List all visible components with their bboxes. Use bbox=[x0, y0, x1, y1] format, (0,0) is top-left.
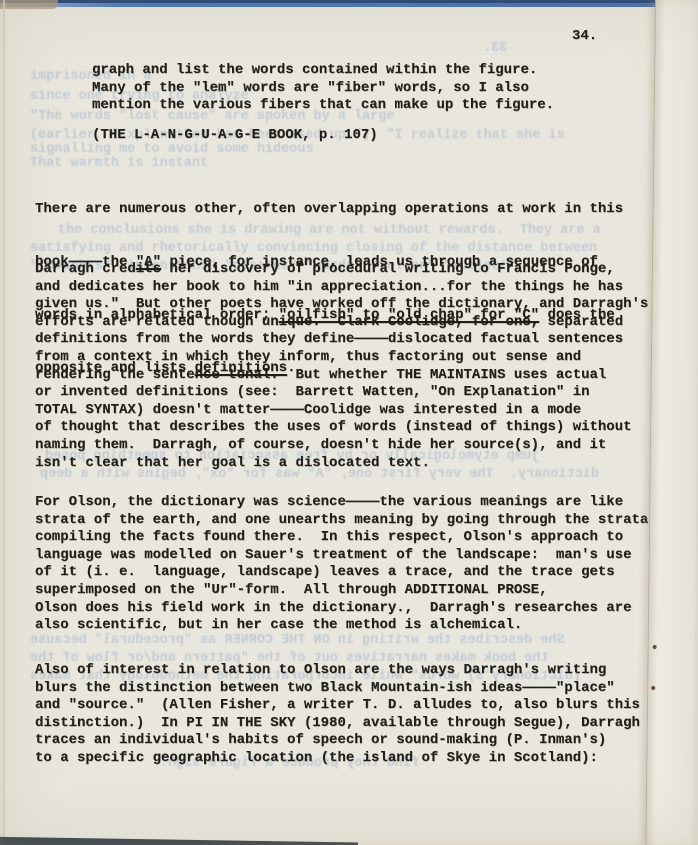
text-run: There are numerous other, often overlapp… bbox=[35, 201, 623, 217]
paragraph-for-olson: For Olson, the dictionary was science———… bbox=[35, 494, 648, 635]
block-quote: graph and list the words contained withi… bbox=[92, 62, 554, 115]
page-right-edge bbox=[645, 0, 698, 845]
scanner-edge-bottom bbox=[0, 836, 358, 845]
paragraph-also-of-interest: Also of interest in relation to Olson ar… bbox=[35, 662, 640, 768]
paragraph-darragh-credits: Darragh credits her discovery of procedu… bbox=[35, 261, 648, 472]
paper-speck bbox=[651, 686, 655, 690]
scanner-edge-top-blue bbox=[0, 3, 698, 7]
page-number: 34. bbox=[572, 28, 597, 46]
scanned-page: imprisoned in a since one trying to anal… bbox=[0, 0, 698, 845]
paper-speck bbox=[653, 645, 657, 649]
quote-citation: (THE L-A-N-G-U-A-G-E BOOK, p. 107) bbox=[92, 127, 378, 145]
ghost-page-number-mirrored: 33. bbox=[483, 40, 507, 58]
scan-corner-artifact bbox=[0, 0, 58, 9]
text-line: There are numerous other, often overlapp… bbox=[35, 201, 623, 219]
page-left-edge-line bbox=[3, 0, 5, 845]
